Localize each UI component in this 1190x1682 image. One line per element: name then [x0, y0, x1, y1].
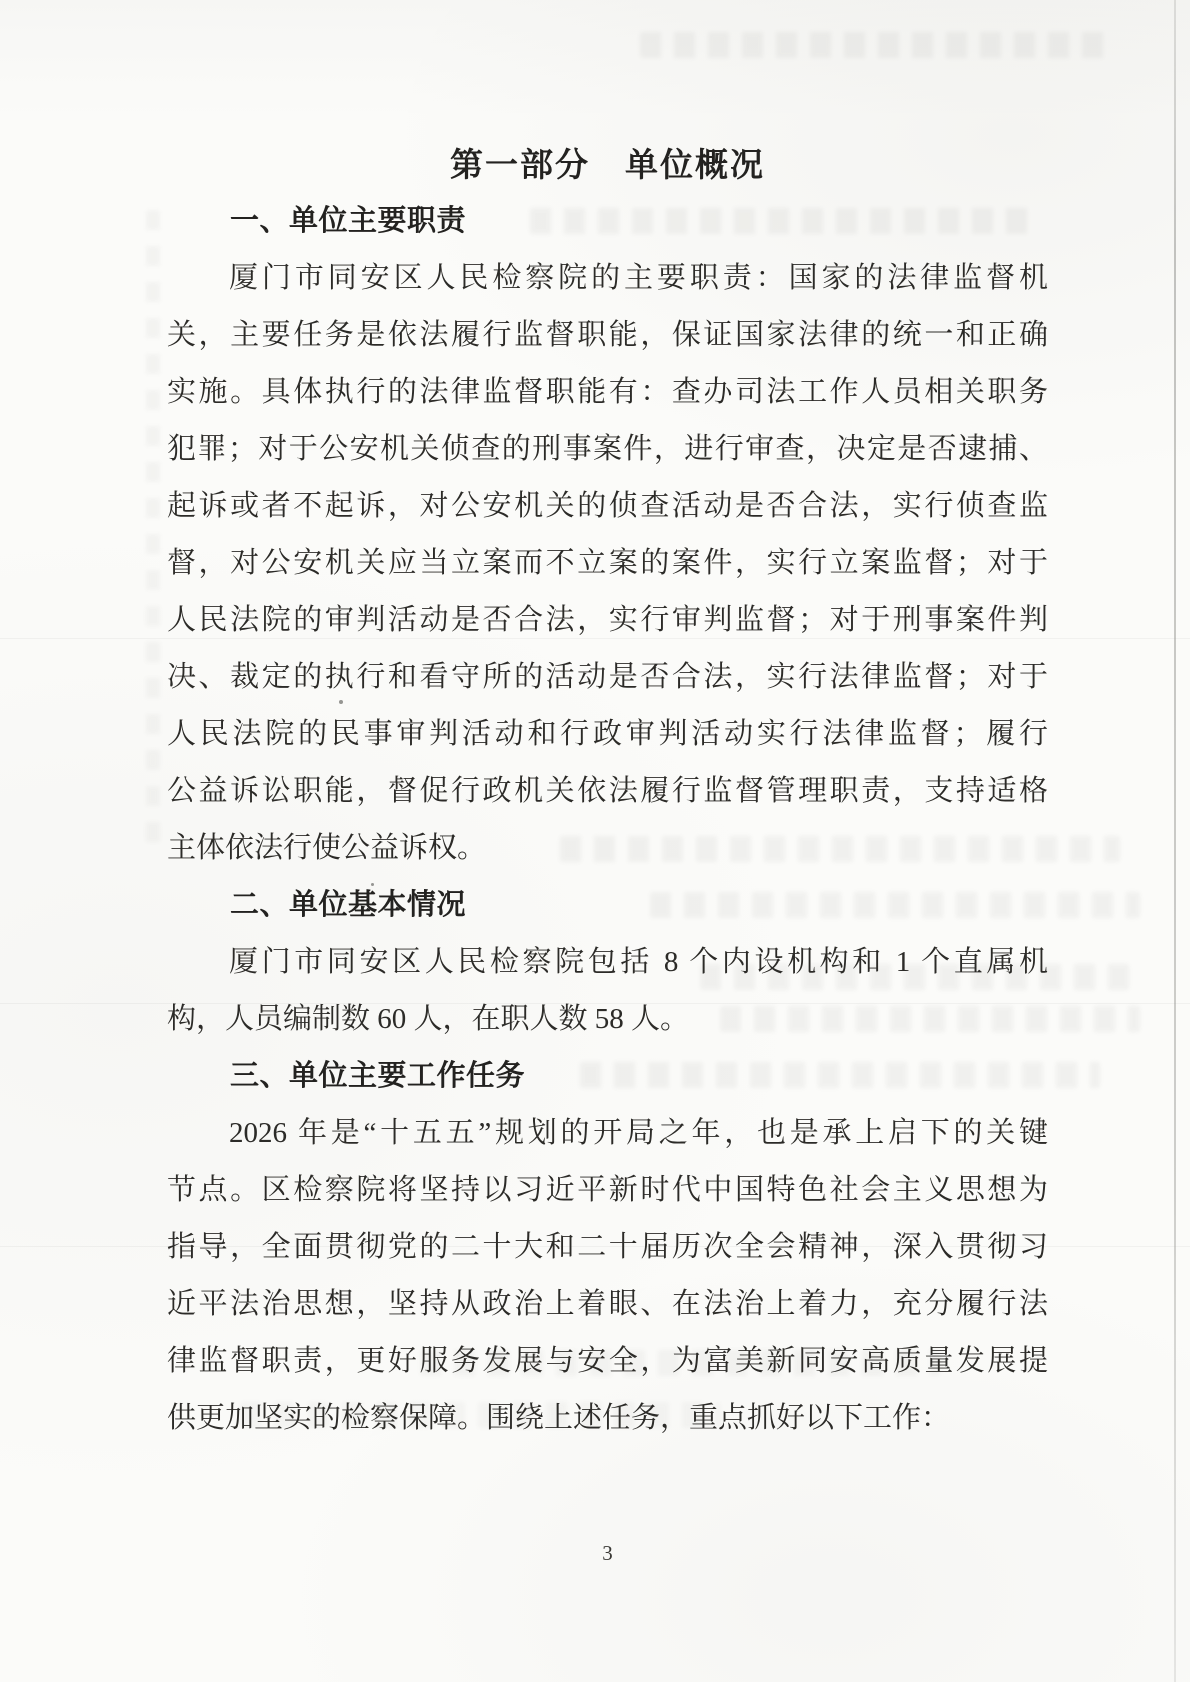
body-line: 决、裁定的执行和看守所的活动是否合法，实行法律监督；对于	[167, 649, 1048, 706]
body-line: 起诉或者不起诉，对公安机关的侦查活动是否合法，实行侦查监	[167, 478, 1048, 535]
scanned-document-page: { "document": { "title": "第一部分 单位概况", "p…	[0, 0, 1190, 1682]
body-line: 人民法院的审判活动是否合法，实行审判监督；对于刑事案件判	[167, 592, 1048, 649]
body-line: 指导，全面贯彻党的二十大和二十届历次全会精神，深入贯彻习	[167, 1219, 1048, 1276]
body-line: 主体依法行使公益诉权。	[167, 820, 1048, 877]
body-line: 关，主要任务是依法履行监督职能，保证国家法律的统一和正确	[167, 307, 1048, 364]
section-1-heading: 一、单位主要职责	[167, 193, 1048, 250]
body-line: 督，对公安机关应当立案而不立案的案件，实行立案监督；对于	[167, 535, 1048, 592]
body-line: 公益诉讼职能，督促行政机关依法履行监督管理职责，支持适格	[167, 763, 1048, 820]
scan-edge-line	[1174, 0, 1176, 1682]
body-line: 节点。区检察院将坚持以习近平新时代中国特色社会主义思想为	[167, 1162, 1048, 1219]
bleedthrough-row	[640, 32, 1110, 58]
body-line: 律监督职责，更好服务发展与安全，为富美新同安高质量发展提	[167, 1333, 1048, 1390]
body-line: 人民法院的民事审判活动和行政审判活动实行法律监督；履行	[167, 706, 1048, 763]
body-line: 供更加坚实的检察保障。围绕上述任务，重点抓好以下工作：	[167, 1390, 1048, 1447]
body-line: 厦门市同安区人民检察院的主要职责：国家的法律监督机	[167, 250, 1048, 307]
body-line: 实施。具体执行的法律监督职能有：查办司法工作人员相关职务	[167, 364, 1048, 421]
body-line: 厦门市同安区人民检察院包括 8 个内设机构和 1 个直属机	[167, 934, 1048, 991]
body-line: 2026 年是“十五五”规划的开局之年，也是承上启下的关键	[167, 1105, 1048, 1162]
body-line: 近平法治思想，坚持从政治上着眼、在法治上着力，充分履行法	[167, 1276, 1048, 1333]
page-number: 3	[167, 1538, 1048, 1568]
body-line: 犯罪；对于公安机关侦查的刑事案件，进行审查，决定是否逮捕、	[167, 421, 1048, 478]
section-3-heading: 三、单位主要工作任务	[167, 1048, 1048, 1105]
document-body: 第一部分 单位概况 一、单位主要职责 厦门市同安区人民检察院的主要职责：国家的法…	[167, 136, 1048, 1447]
page-title: 第一部分 单位概况	[167, 136, 1048, 193]
body-line: 构，人员编制数 60 人，在职人数 58 人。	[167, 991, 1048, 1048]
section-2-heading: 二、单位基本情况	[167, 877, 1048, 934]
bleedthrough-column	[146, 210, 160, 850]
